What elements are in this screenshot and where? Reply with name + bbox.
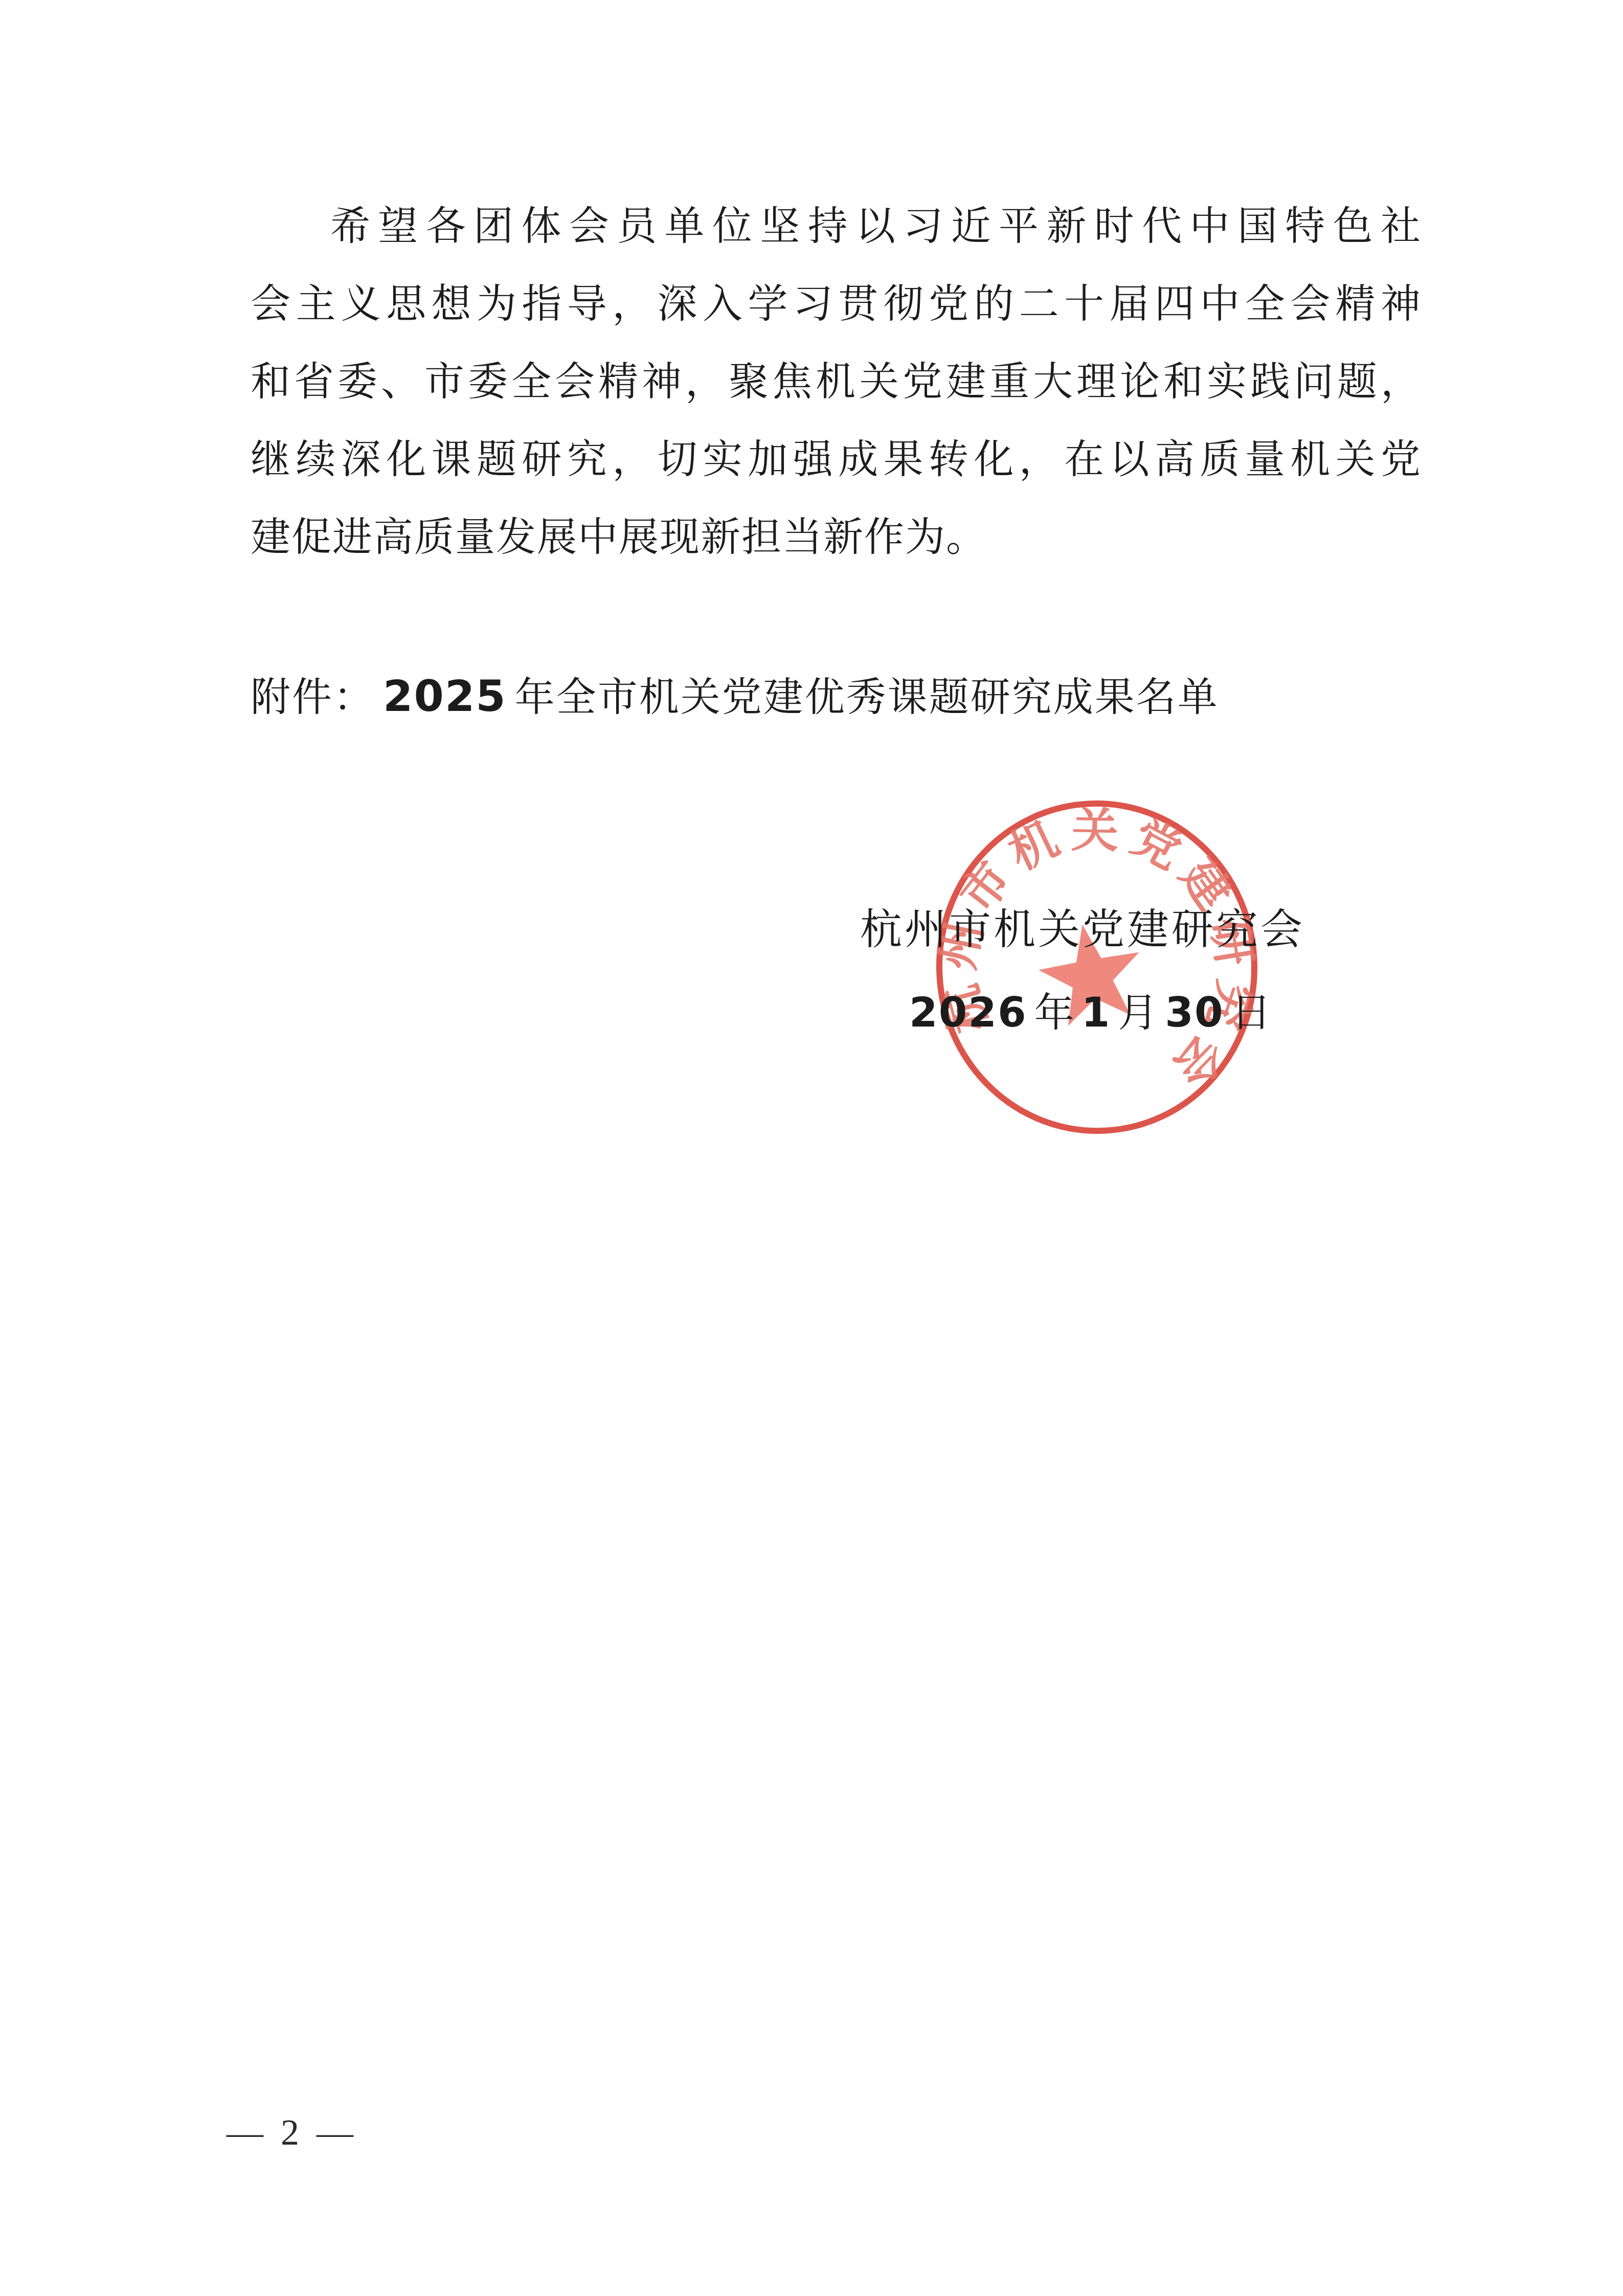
signature-date-year-unit: 年 [1034, 991, 1074, 1035]
official-seal: 杭州市机关党建研究会 [918, 778, 1276, 1156]
attachment-title: 年全市机关党建优秀课题研究成果名单 [515, 675, 1219, 720]
paragraph-line: 和省委、市委全会精神，聚焦机关党建重大理论和实践问题， [251, 343, 1422, 421]
attachment-year-number: 2025 [383, 671, 507, 721]
paragraph-line: 建促进高质量发展中展现新担当新作为。 [251, 499, 1422, 576]
page-number: — 2 — [227, 2111, 357, 2154]
paragraph-line: 希望各团体会员单位坚持以习近平新时代中国特色社 [251, 188, 1422, 265]
signature-date-year: 2026 [909, 989, 1027, 1036]
signature-date-month: 1 [1081, 989, 1111, 1036]
signature-date-day-unit: 日 [1231, 991, 1271, 1035]
body-paragraph: 希望各团体会员单位坚持以习近平新时代中国特色社 会主义思想为指导，深入学习贯彻党… [251, 188, 1422, 576]
paragraph-line: 会主义思想为指导，深入学习贯彻党的二十届四中全会精神 [251, 265, 1422, 343]
signature-date-month-unit: 月 [1118, 991, 1158, 1035]
signature-org: 杭州市机关党建研究会 [860, 896, 1305, 956]
paragraph-line: 继续深化课题研究，切实加强成果转化，在以高质量机关党 [251, 421, 1422, 499]
document-page: 希望各团体会员单位坚持以习近平新时代中国特色社 会主义思想为指导，深入学习贯彻党… [0, 0, 1623, 2296]
attachment-label: 附件： [251, 675, 375, 720]
attachment-line: 附件：2025年全市机关党建优秀课题研究成果名单 [251, 657, 1478, 735]
signature-date: 2026年1月30日 [909, 981, 1271, 1038]
signature-date-day: 30 [1165, 989, 1224, 1036]
